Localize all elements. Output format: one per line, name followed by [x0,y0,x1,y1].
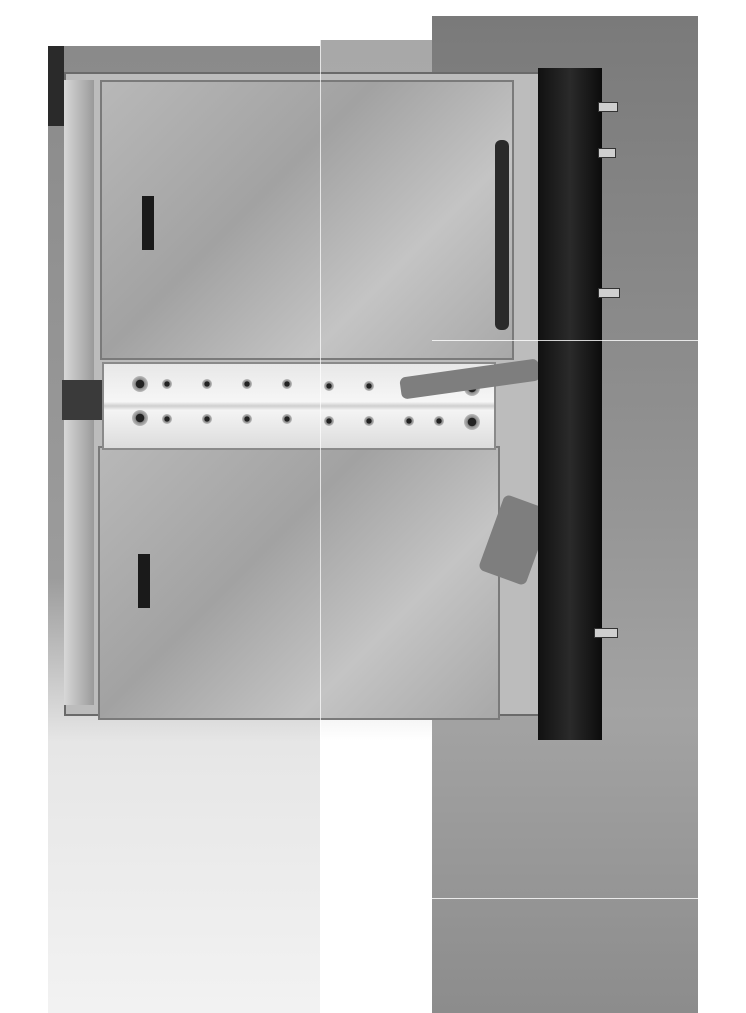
connector-stud [162,379,172,389]
connector-stud [202,379,212,389]
scan-artifact-line [432,898,698,899]
bnc-connector [598,148,616,158]
scan-artifact-line [432,340,698,341]
scan-artifact-line [320,40,321,1013]
connector-clip [62,380,102,420]
connector-stud [162,414,172,424]
cover-panel-top [100,80,514,360]
bnc-connector [598,102,618,112]
wire-bundle [495,140,509,330]
connector-stud [282,379,292,389]
connector-stud [434,416,444,426]
connector-stud [324,381,334,391]
connector-stud [132,410,148,426]
toggle-switch [594,628,618,638]
connector-stud [202,414,212,424]
connector-stud [242,379,252,389]
connector-stud [404,416,414,426]
cover-panel-bottom [98,446,500,720]
front-panel-bar [538,68,602,740]
panel-slot [142,196,154,250]
connector-stud [364,381,374,391]
connector-stud [324,416,334,426]
bnc-connector [598,288,620,298]
connector-stud [132,376,148,392]
connector-stud [364,416,374,426]
panel-slot [138,554,150,608]
connector-stud [464,414,480,430]
connector-stud [242,414,252,424]
table-edge-shadow [48,46,64,126]
connector-stud [282,414,292,424]
